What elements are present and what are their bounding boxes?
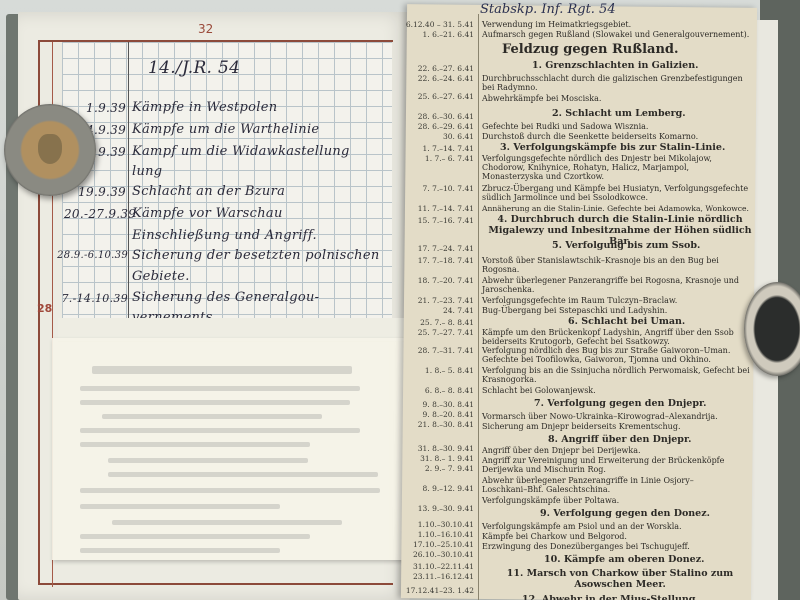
date: 31.10.–22.11.41: [413, 562, 474, 571]
hw-entry: Kämpfe in Westpolen: [132, 100, 277, 115]
entry: Verfolgung bis an die Ssinjucha nördlich…: [482, 366, 754, 384]
ghost-text-line: [80, 386, 360, 391]
date: 23.11.–16.12.41: [413, 572, 474, 581]
date: 17. 7.–18. 7.41: [418, 256, 474, 265]
ghost-text-line: [80, 442, 310, 447]
entry: Sicherung am Dnjepr beiderseits Krements…: [482, 422, 681, 431]
date: 31. 8.–30. 9.41: [418, 444, 474, 453]
main-heading: Feldzug gegen Rußland.: [502, 42, 679, 57]
date: 9. 8.–30. 8.41: [423, 400, 474, 409]
date: 1.10.–30.10.41: [418, 520, 474, 529]
entry: Gefechte bei Rudki und Sadowa Wisznia.: [482, 122, 648, 131]
entry: Durchbruchsschlacht durch die galizische…: [482, 74, 750, 92]
hw-entry: Kämpfe um die Warthelinie: [132, 122, 319, 137]
date: 22. 6.–27. 6.41: [418, 64, 474, 73]
date: 1. 7.–14. 7.41: [423, 144, 474, 153]
ghost-text-line: [80, 428, 360, 433]
date: 1. 6.–21. 6.41: [423, 30, 474, 39]
date: 28. 7.–31. 7.41: [418, 346, 474, 355]
entry: Aufmarsch gegen Rußland (Slowakei und Ge…: [482, 30, 749, 39]
ghost-text-line: [80, 534, 310, 539]
date: 7. 7.–10. 7.41: [423, 184, 474, 193]
entry: Verfolgung nördlich des Bug bis zur Stra…: [482, 346, 754, 364]
entry: Verfolgungskämpfe am Psiol und an der Wo…: [482, 522, 682, 531]
entry: Kämpfe bei Charkow und Belgorod.: [482, 532, 627, 541]
date: 11. 7.–14. 7.41: [418, 204, 474, 213]
date: 21. 8.–30. 8.41: [418, 420, 474, 429]
entry: Abwehr überlegener Panzerangriffe bei Ro…: [482, 276, 752, 294]
entry: Durchstoß durch die Seenkette beiderseit…: [482, 132, 698, 141]
side-number: 28: [37, 302, 52, 315]
hw-entry: Schlacht an der Bzura: [132, 184, 285, 199]
hw-date: 28.9.-6.10.39: [52, 250, 128, 261]
coin-left: [4, 104, 96, 196]
eagle-emblem-icon: [38, 134, 62, 164]
date-column-divider: [128, 42, 129, 332]
date: 25. 6.–27. 6.41: [418, 92, 474, 101]
date-column-line: [478, 14, 479, 600]
hw-date: 20.-27.9.39: [64, 207, 126, 221]
date: 17.10.–25.10.41: [413, 540, 474, 549]
entry: Verfolgungsgefechte im Raum Tulczyn–Brac…: [482, 296, 677, 305]
entry: Bug-Übergang bei Sstepaschki und Ladyshi…: [482, 306, 667, 315]
section-heading: 5. Verfolgung bis zum Ssob.: [552, 240, 700, 251]
date: 15. 7.–16. 7.41: [418, 216, 474, 225]
section-heading: 2. Schlacht um Lemberg.: [552, 108, 686, 119]
section-heading: 6. Schlacht bei Uman.: [568, 316, 685, 327]
section-heading: 8. Angriff über den Dnjepr.: [548, 434, 691, 445]
translucent-paper-slip: [52, 338, 414, 560]
hw-entry: lung: [132, 164, 162, 179]
hw-entry: Sicherung der besetzten polnischen: [132, 248, 380, 263]
section-heading: 9. Verfolgung gegen den Donez.: [540, 508, 710, 519]
entry: Verfolgungsgefechte nördlich des Dnjestr…: [482, 154, 752, 181]
date: 25. 7.–27. 7.41: [418, 328, 474, 337]
entry: Verfolgungskämpfe über Poltawa.: [482, 496, 619, 505]
entry: Schlacht bei Golowanjewsk.: [482, 386, 596, 395]
date: 17. 7.–24. 7.41: [418, 244, 474, 253]
date: 9. 8.–20. 8.41: [423, 410, 474, 419]
date: 18. 7.–20. 7.41: [418, 276, 474, 285]
date: 21. 7.–23. 7.41: [418, 296, 474, 305]
entry: Annäherung an die Stalin-Linie. Gefechte…: [482, 204, 749, 213]
hw-entry: Sicherung des Generalgou-: [132, 290, 319, 305]
date: 1. 7.– 6. 7.41: [425, 154, 474, 163]
date: 6.12.40 – 31. 5.41: [406, 20, 474, 29]
ghost-text-line: [102, 414, 322, 419]
date: 17.12.41–23. 1.42: [406, 586, 474, 595]
date: 30. 6.41: [443, 132, 474, 141]
entry: Verwendung im Heimatkriegsgebiet.: [482, 20, 631, 29]
ghost-text-line: [80, 488, 380, 493]
entry: Erzwingung des Donezüberganges bei Tschu…: [482, 542, 690, 551]
date: 13. 9.–30. 9.41: [418, 504, 474, 513]
entry: Vorstoß über Stanislawtschik–Krasnoje bi…: [482, 256, 752, 274]
handwritten-unit-title: 14./J.R. 54: [148, 58, 240, 78]
section-heading: 10. Kämpfe am oberen Donez.: [544, 554, 704, 565]
ghost-text-line: [108, 458, 308, 463]
handwritten-unit-stamp: Stabskp. Inf. Rgt. 54: [480, 2, 616, 17]
ghost-text-line: [80, 548, 280, 553]
entry: Angriff zur Vereinigung und Erweiterung …: [482, 456, 752, 474]
ghost-text-line: [80, 400, 350, 405]
ghost-text-line: [80, 504, 280, 509]
hw-entry: Gebiete.: [132, 269, 190, 284]
section-heading: 3. Verfolgungskämpfe bis zur Stalin-Lini…: [500, 142, 725, 153]
hw-entry: Kampf um die Widawkastellung: [132, 144, 350, 159]
hw-entry: Kämpfe vor Warschau: [132, 206, 283, 221]
date: 25. 7.– 8. 8.41: [420, 318, 474, 327]
date: 8. 9.–12. 9.41: [423, 484, 474, 493]
entry: Zbrucz-Übergang und Kämpfe bei Husiatyn,…: [482, 184, 752, 202]
ghost-text-line: [112, 520, 342, 525]
ghost-text-line: [92, 366, 352, 374]
section-heading: 11. Marsch von Charkow über Stalino zum …: [486, 568, 754, 590]
section-heading: 1. Grenzschlachten in Galizien.: [532, 60, 698, 71]
hw-entry: Einschließung und Angriff.: [132, 228, 317, 243]
date: 1. 8.– 5. 8.41: [425, 366, 474, 375]
entry: Abwehr überlegener Panzerangriffe in Lin…: [482, 476, 732, 494]
date: 24. 7.41: [443, 306, 474, 315]
ghost-text-line: [108, 472, 378, 477]
date: 2. 9.– 7. 9.41: [425, 464, 474, 473]
section-heading: 12. Abwehr in der Mius-Stellung.: [522, 594, 699, 600]
entry: Kämpfe um den Brückenkopf Ladyshin, Angr…: [482, 328, 746, 346]
date: 26.10.–30.10.41: [413, 550, 474, 559]
date: 1.10.–16.10.41: [418, 530, 474, 539]
entry: Vormarsch über Nowo-Ukrainka–Kirowograd–…: [482, 412, 718, 421]
page-number: 32: [198, 22, 213, 36]
date: 22. 6.–24. 6.41: [418, 74, 474, 83]
date: 31. 8.– 1. 9.41: [420, 454, 474, 463]
date: 28. 6.–30. 6.41: [418, 112, 474, 121]
hw-date: 7.-14.10.39: [58, 292, 128, 305]
section-heading: 7. Verfolgung gegen den Dnjepr.: [534, 398, 706, 409]
date: 6. 8.– 8. 8.41: [425, 386, 474, 395]
date: 28. 6.–29. 6.41: [418, 122, 474, 131]
entry: Angriff über den Dnjepr bei Derijewka.: [482, 446, 641, 455]
entry: Abwehrkämpfe bei Mosciska.: [482, 94, 601, 103]
